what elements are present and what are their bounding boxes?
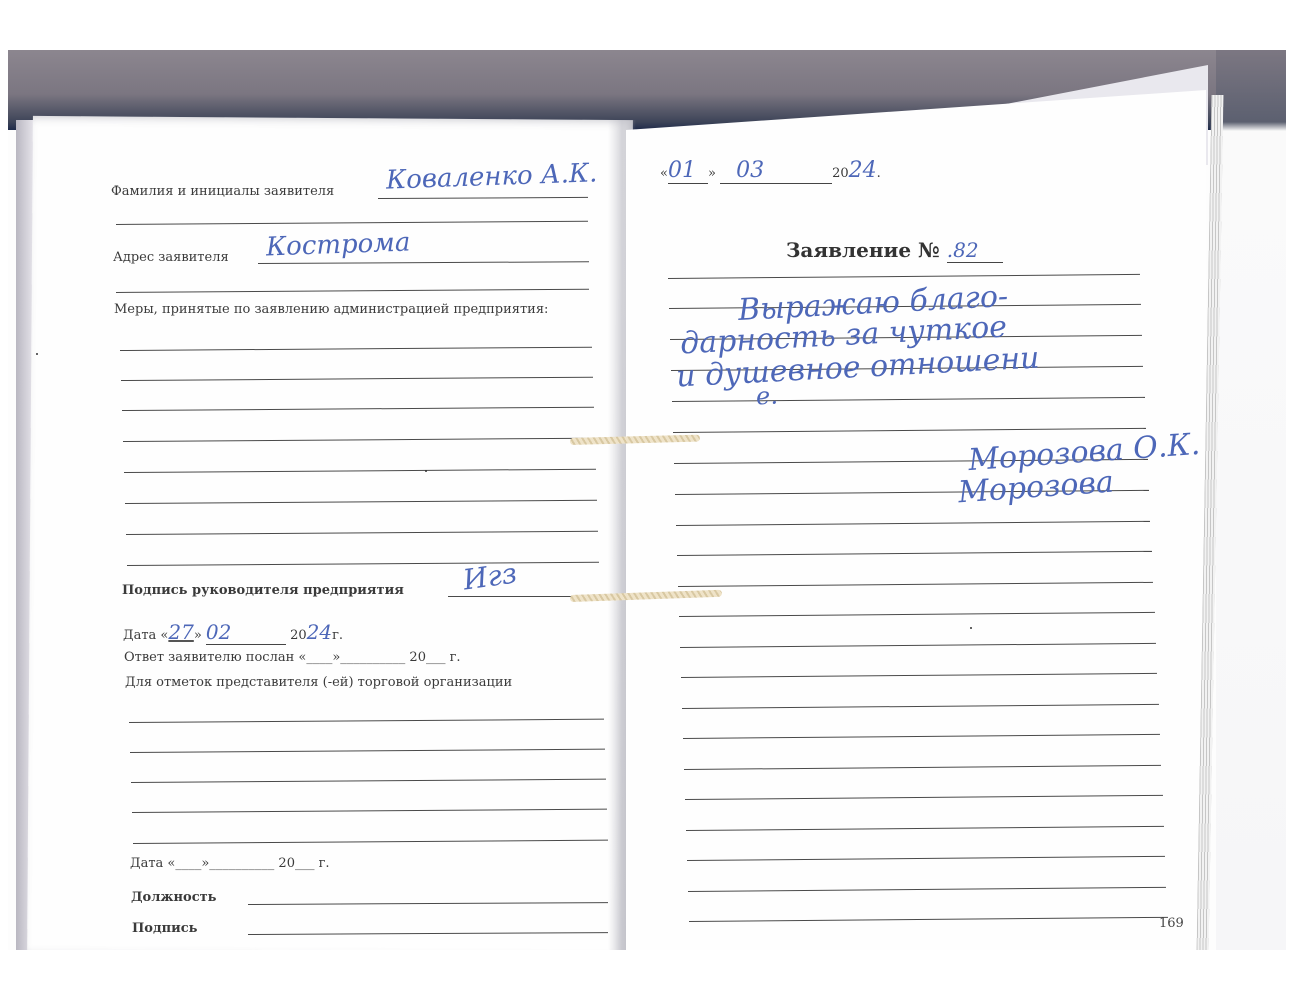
statement-text-line: е. xyxy=(755,381,778,410)
statement-date-day: 01 xyxy=(668,158,708,184)
page-number: 169 xyxy=(1159,916,1184,931)
scan-speck xyxy=(425,470,427,472)
date-year-value: 24 xyxy=(307,620,332,644)
applicant-address-label: Адрес заявителя xyxy=(113,250,229,265)
date-month-value: 02 xyxy=(206,620,286,645)
statement-date-year-prefix: 20 xyxy=(832,166,849,181)
decision-date: Дата «27» 02 2024г. xyxy=(123,620,343,645)
statement-title-label: Заявление № xyxy=(786,238,940,262)
scanned-journal-spread: Фамилия и инициалы заявителя Коваленко А… xyxy=(8,50,1286,950)
statement-date-year: 24 xyxy=(849,158,877,183)
manager-signature-label: Подпись руководителя предприятия xyxy=(122,583,404,598)
date-separator: » xyxy=(194,628,202,643)
date-year-prefix: 20 xyxy=(290,628,307,643)
quote-open: « xyxy=(660,166,668,181)
reply-sent-label: Ответ заявителю послан «____»__________ … xyxy=(124,650,461,665)
scan-speck xyxy=(36,353,38,355)
statement-date-dot: . xyxy=(877,166,881,181)
right-page xyxy=(626,90,1206,950)
statement-date-month: 03 xyxy=(720,158,832,184)
position-label: Должность xyxy=(131,890,217,905)
rep-notes-label: Для отметок представителя (-ей) торговой… xyxy=(125,675,512,690)
scanner-background-right xyxy=(1216,50,1286,950)
statement-date: «01» 032024. xyxy=(660,158,881,184)
measures-label: Меры, принятые по заявлению администраци… xyxy=(114,302,548,317)
quote-close: » xyxy=(708,166,716,181)
applicant-address-value: Кострома xyxy=(266,227,411,262)
date-suffix: г. xyxy=(332,628,343,643)
date2-label: Дата «____»__________ 20___ г. xyxy=(130,856,330,871)
statement-title: Заявление № .82 xyxy=(786,238,1003,263)
scan-speck xyxy=(970,627,972,629)
date-day-value: 27 xyxy=(168,620,193,644)
statement-number: .82 xyxy=(947,238,1003,263)
signature-label: Подпись xyxy=(132,921,198,936)
date-label: Дата « xyxy=(123,628,168,643)
applicant-name-label: Фамилия и инициалы заявителя xyxy=(111,184,334,199)
